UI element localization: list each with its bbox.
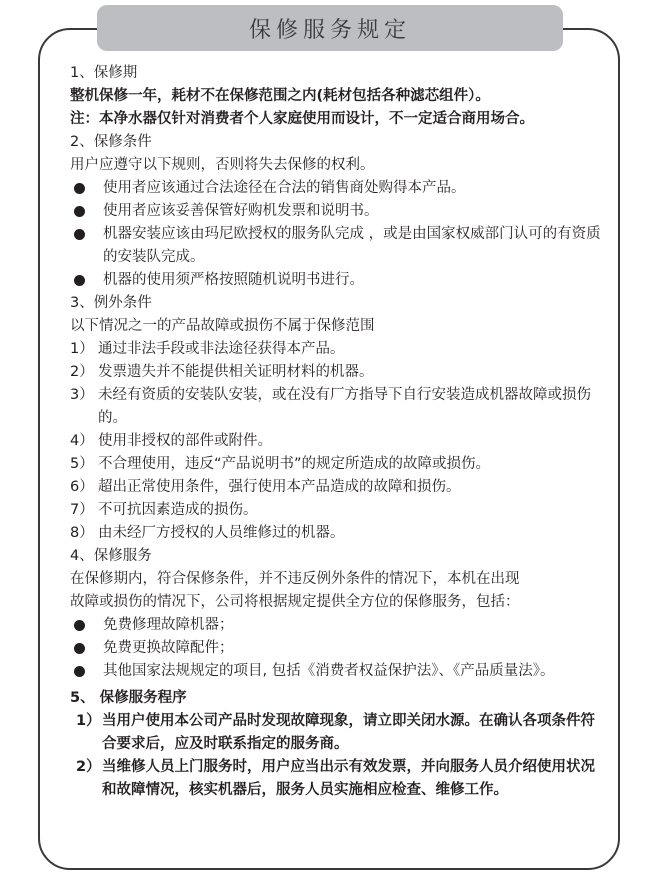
- numbered-item: 6）超出正常使用条件，强行使用本产品造成的故障和损伤。: [70, 476, 605, 499]
- bullet-item: 机器安装应该由玛尼欧授权的服务队完成 ，或是由国家权威部门认可的有资质的安装队完…: [70, 223, 605, 269]
- numbered-item: 1）当用户使用本公司产品时发现故障现象，请立即关闭水源。在确认各项条件符合要求后…: [70, 710, 605, 756]
- section-heading-warranty-period: 1、保修期: [70, 62, 605, 85]
- bullet-item: 免费修理故障机器；: [70, 614, 605, 637]
- section-heading-service-procedure: 5、 保修服务程序: [70, 687, 605, 710]
- paragraph: 在保修期内，符合保修条件，并不违反例外条件的情况下，本机在出现: [70, 568, 605, 591]
- section-heading-exceptions: 3、例外条件: [70, 292, 605, 315]
- note-paragraph: 注：本净水器仅针对消费者个人家庭使用而设计，不一定适合商用场合。: [70, 108, 605, 131]
- section-heading-warranty-conditions: 2、保修条件: [70, 131, 605, 154]
- section-heading-warranty-service: 4、保修服务: [70, 545, 605, 568]
- item-text: 未经有资质的安装队安装，或在没有厂方指导下自行安装造成机器故障或损伤的。: [98, 387, 591, 426]
- item-text: 当维修人员上门服务时，用户应当出示有效发票，并向服务人员介绍使用状况和故障情况，…: [102, 759, 595, 798]
- bullet-item: 使用者应该通过合法途径在合法的销售商处购得本产品。: [70, 177, 605, 200]
- item-text: 超出正常使用条件，强行使用本产品造成的故障和损伤。: [98, 479, 461, 495]
- item-number: 1）: [76, 710, 101, 733]
- item-number: 4）: [70, 430, 94, 453]
- bullet-item: 使用者应该妥善保管好购机发票和说明书。: [70, 200, 605, 223]
- page-title: 保修服务规定: [249, 13, 411, 44]
- item-number: 2）: [76, 756, 101, 779]
- item-number: 3）: [70, 384, 94, 407]
- item-text: 发票遗失并不能提供相关证明材料的机器。: [98, 364, 374, 380]
- paragraph: 用户应遵守以下规则，否则将失去保修的权利。: [70, 154, 605, 177]
- bullet-item: 其他国家法规规定的项目, 包括《消费者权益保护法》、《产品质量法》。: [70, 660, 605, 683]
- document-body: 1、保修期 整机保修一年，耗材不在保修范围之内(耗材包括各种滤芯组件）。 注：本…: [70, 62, 605, 802]
- item-text: 通过非法手段或非法途径获得本产品。: [98, 341, 345, 357]
- item-text: 由未经厂方授权的人员维修过的机器。: [98, 525, 345, 541]
- numbered-item: 8）由未经厂方授权的人员维修过的机器。: [70, 522, 605, 545]
- numbered-item: 2）当维修人员上门服务时，用户应当出示有效发票，并向服务人员介绍使用状况和故障情…: [70, 756, 605, 802]
- numbered-item: 4）使用非授权的部件或附件。: [70, 430, 605, 453]
- title-banner: 保修服务规定: [97, 5, 563, 51]
- paragraph: 以下情况之一的产品故障或损伤不属于保修范围: [70, 315, 605, 338]
- item-text: 不可抗因素造成的损伤。: [98, 502, 258, 518]
- item-number: 5）: [70, 453, 94, 476]
- item-text: 当用户使用本公司产品时发现故障现象，请立即关闭水源。在确认各项条件符合要求后，应…: [102, 713, 595, 752]
- numbered-item: 3）未经有资质的安装队安装，或在没有厂方指导下自行安装造成机器故障或损伤的。: [70, 384, 605, 430]
- item-number: 6）: [70, 476, 94, 499]
- item-number: 7）: [70, 499, 94, 522]
- paragraph: 整机保修一年，耗材不在保修范围之内(耗材包括各种滤芯组件）。: [70, 85, 605, 108]
- item-number: 8）: [70, 522, 94, 545]
- numbered-item: 1）通过非法手段或非法途径获得本产品。: [70, 338, 605, 361]
- numbered-item: 5）不合理使用，违反“产品说明书”的规定所造成的故障或损伤。: [70, 453, 605, 476]
- bullet-item: 机器的使用须严格按照随机说明书进行。: [70, 269, 605, 292]
- numbered-item: 7）不可抗因素造成的损伤。: [70, 499, 605, 522]
- paragraph: 故障或损伤的情况下，公司将根据规定提供全方位的保修服务，包括：: [70, 591, 605, 614]
- item-number: 1）: [70, 338, 94, 361]
- item-text: 使用非授权的部件或附件。: [98, 433, 272, 449]
- item-number: 2）: [70, 361, 94, 384]
- item-text: 不合理使用，违反“产品说明书”的规定所造成的故障或损伤。: [98, 456, 490, 472]
- numbered-item: 2）发票遗失并不能提供相关证明材料的机器。: [70, 361, 605, 384]
- bullet-item: 免费更换故障配件；: [70, 637, 605, 660]
